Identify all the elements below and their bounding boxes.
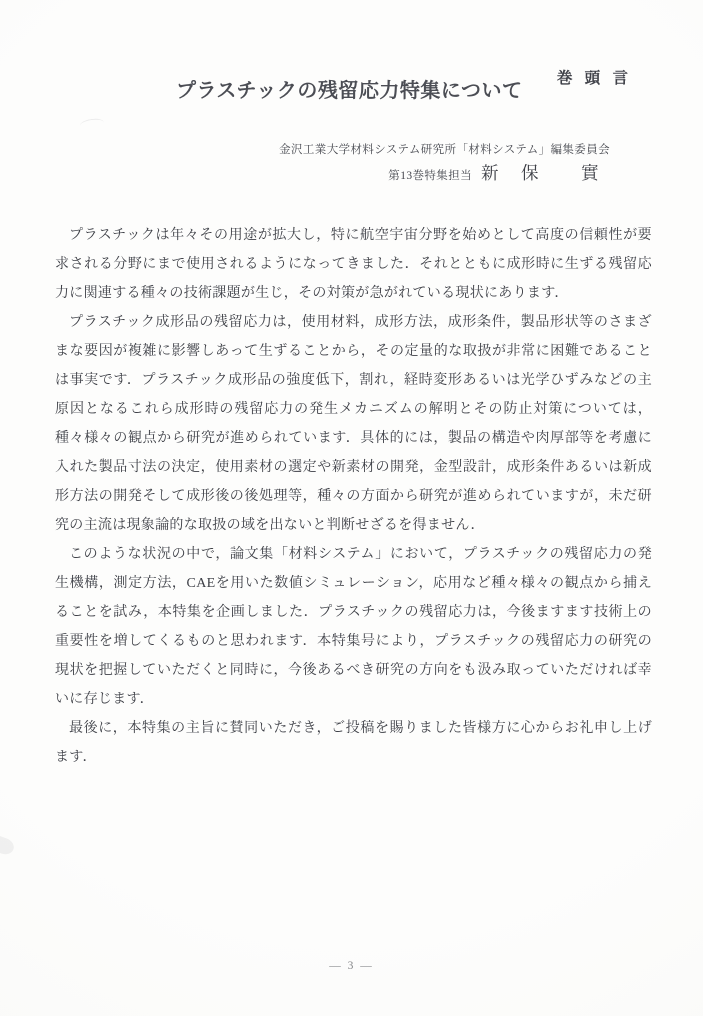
editor-name: 新 保 實 (481, 160, 601, 185)
paragraph: プラスチック成形品の残留応力は，使用材料，成形方法，成形条件，製品形状等のさまざ… (55, 308, 652, 540)
scan-smudge (0, 835, 16, 857)
paragraph: プラスチックは年々その用途が拡大し，特に航空宇宙分野を始めとして高度の信頼性が要… (55, 221, 652, 308)
scan-smudge (79, 117, 104, 130)
paragraph: 最後に，本特集の主旨に賛同いただき，ご投稿を賜りました皆様方に心からお礼申し上げ… (55, 714, 652, 772)
affiliation-line: 金沢工業大学材料システム研究所「材料システム」編集委員会 (279, 141, 610, 157)
page-number: — 3 — (0, 960, 703, 972)
page-title: プラスチックの残留応力特集について (176, 74, 523, 103)
document-body: プラスチックは年々その用途が拡大し，特に航空宇宙分野を始めとして高度の信頼性が要… (55, 221, 652, 772)
editor-role: 第13巻特集担当 (388, 167, 472, 183)
scanned-document-page: 巻 頭 言 プラスチックの残留応力特集について 金沢工業大学材料システム研究所「… (0, 0, 703, 1016)
editor-credit: 第13巻特集担当 新 保 實 (388, 160, 601, 185)
paragraph: このような状況の中で，論文集「材料システム」において，プラスチックの残留応力の発… (55, 540, 652, 714)
section-label: 巻 頭 言 (557, 66, 632, 88)
